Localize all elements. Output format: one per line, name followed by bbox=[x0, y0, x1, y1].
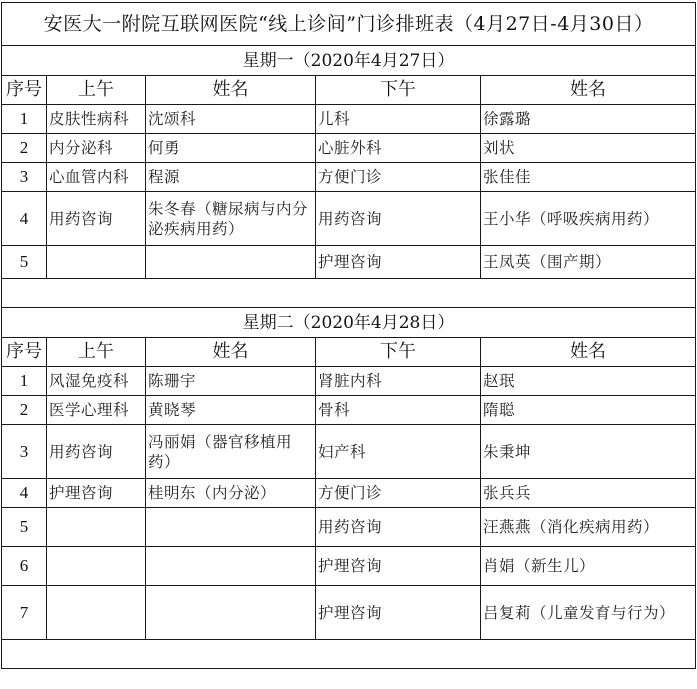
am-dept-cell bbox=[47, 246, 146, 279]
pm-dept-cell: 护理咨询 bbox=[316, 547, 481, 586]
pm-name-cell: 汪燕燕（消化疾病用药） bbox=[481, 508, 696, 547]
pm-dept-cell: 方便门诊 bbox=[316, 163, 481, 192]
col-header-am-name: 姓名 bbox=[146, 76, 316, 105]
col-header-pm: 下午 bbox=[316, 338, 481, 367]
pm-name-cell: 赵珉 bbox=[481, 367, 696, 396]
am-dept-cell: 皮肤性病科 bbox=[47, 105, 146, 134]
col-header-am: 上午 bbox=[47, 76, 146, 105]
seq-cell: 4 bbox=[2, 192, 47, 246]
am-name-cell bbox=[146, 547, 316, 586]
am-name-cell: 朱冬春（糖尿病与内分泌疾病用药） bbox=[146, 192, 316, 246]
seq-cell: 2 bbox=[2, 134, 47, 163]
seq-cell: 3 bbox=[2, 425, 47, 479]
seq-cell: 1 bbox=[2, 367, 47, 396]
column-header-row: 序号 上午 姓名 下午 姓名 bbox=[2, 338, 696, 367]
am-name-cell: 何勇 bbox=[146, 134, 316, 163]
seq-cell: 5 bbox=[2, 508, 47, 547]
pm-name-cell: 肖娟（新生儿） bbox=[481, 547, 696, 586]
am-dept-cell: 护理咨询 bbox=[47, 479, 146, 508]
am-dept-cell bbox=[47, 547, 146, 586]
table-row: 4 用药咨询 朱冬春（糖尿病与内分泌疾病用药） 用药咨询 王小华（呼吸疾病用药） bbox=[2, 192, 696, 246]
am-dept-cell: 心血管内科 bbox=[47, 163, 146, 192]
col-header-seq: 序号 bbox=[2, 338, 47, 367]
table-row: 1 皮肤性病科 沈颂科 儿科 徐露璐 bbox=[2, 105, 696, 134]
am-name-cell: 陈珊宇 bbox=[146, 367, 316, 396]
table-row: 6 护理咨询 肖娟（新生儿） bbox=[2, 547, 696, 586]
pm-dept-cell: 肾脏内科 bbox=[316, 367, 481, 396]
am-name-cell: 冯丽娟（器官移植用药） bbox=[146, 425, 316, 479]
spacer-row bbox=[2, 279, 696, 308]
am-dept-cell bbox=[47, 508, 146, 547]
day-heading-monday: 星期一（2020年4月27日） bbox=[2, 46, 696, 76]
table-row: 7 护理咨询 吕复莉（儿童发育与行为） bbox=[2, 586, 696, 640]
am-dept-cell: 医学心理科 bbox=[47, 396, 146, 425]
am-name-cell: 程源 bbox=[146, 163, 316, 192]
day-heading-tuesday: 星期二（2020年4月28日） bbox=[2, 308, 696, 338]
am-name-cell: 沈颂科 bbox=[146, 105, 316, 134]
pm-dept-cell: 用药咨询 bbox=[316, 508, 481, 547]
table-title: 安医大一附院互联网医院“线上诊间”门诊排班表（4月27日-4月30日） bbox=[2, 3, 696, 46]
pm-name-cell: 隋聪 bbox=[481, 396, 696, 425]
pm-name-cell: 徐露璐 bbox=[481, 105, 696, 134]
am-dept-cell bbox=[47, 586, 146, 640]
am-name-cell bbox=[146, 246, 316, 279]
col-header-pm-name: 姓名 bbox=[481, 76, 696, 105]
col-header-seq: 序号 bbox=[2, 76, 47, 105]
table-row: 5 护理咨询 王凤英（围产期） bbox=[2, 246, 696, 279]
table-row: 3 用药咨询 冯丽娟（器官移植用药） 妇产科 朱秉坤 bbox=[2, 425, 696, 479]
am-dept-cell: 用药咨询 bbox=[47, 425, 146, 479]
table-row: 1 风湿免疫科 陈珊宇 肾脏内科 赵珉 bbox=[2, 367, 696, 396]
seq-cell: 1 bbox=[2, 105, 47, 134]
table-row: 2 内分泌科 何勇 心脏外科 刘状 bbox=[2, 134, 696, 163]
schedule-table: 安医大一附院互联网医院“线上诊间”门诊排班表（4月27日-4月30日） 星期一（… bbox=[1, 2, 696, 669]
pm-dept-cell: 护理咨询 bbox=[316, 246, 481, 279]
am-dept-cell: 风湿免疫科 bbox=[47, 367, 146, 396]
pm-name-cell: 吕复莉（儿童发育与行为） bbox=[481, 586, 696, 640]
seq-cell: 5 bbox=[2, 246, 47, 279]
pm-name-cell: 张兵兵 bbox=[481, 479, 696, 508]
table-row: 5 用药咨询 汪燕燕（消化疾病用药） bbox=[2, 508, 696, 547]
pm-name-cell: 朱秉坤 bbox=[481, 425, 696, 479]
pm-name-cell: 张佳佳 bbox=[481, 163, 696, 192]
col-header-pm-name: 姓名 bbox=[481, 338, 696, 367]
spacer-row bbox=[2, 640, 696, 669]
am-name-cell bbox=[146, 508, 316, 547]
pm-dept-cell: 骨科 bbox=[316, 396, 481, 425]
seq-cell: 7 bbox=[2, 586, 47, 640]
table-row: 3 心血管内科 程源 方便门诊 张佳佳 bbox=[2, 163, 696, 192]
col-header-am: 上午 bbox=[47, 338, 146, 367]
pm-dept-cell: 心脏外科 bbox=[316, 134, 481, 163]
am-name-cell: 桂明东（内分泌） bbox=[146, 479, 316, 508]
col-header-pm: 下午 bbox=[316, 76, 481, 105]
am-dept-cell: 内分泌科 bbox=[47, 134, 146, 163]
am-dept-cell: 用药咨询 bbox=[47, 192, 146, 246]
table-row: 2 医学心理科 黄晓琴 骨科 隋聪 bbox=[2, 396, 696, 425]
pm-name-cell: 王小华（呼吸疾病用药） bbox=[481, 192, 696, 246]
seq-cell: 3 bbox=[2, 163, 47, 192]
am-name-cell: 黄晓琴 bbox=[146, 396, 316, 425]
pm-name-cell: 王凤英（围产期） bbox=[481, 246, 696, 279]
column-header-row: 序号 上午 姓名 下午 姓名 bbox=[2, 76, 696, 105]
col-header-am-name: 姓名 bbox=[146, 338, 316, 367]
pm-dept-cell: 护理咨询 bbox=[316, 586, 481, 640]
pm-dept-cell: 妇产科 bbox=[316, 425, 481, 479]
seq-cell: 4 bbox=[2, 479, 47, 508]
pm-dept-cell: 方便门诊 bbox=[316, 479, 481, 508]
pm-dept-cell: 儿科 bbox=[316, 105, 481, 134]
table-row: 4 护理咨询 桂明东（内分泌） 方便门诊 张兵兵 bbox=[2, 479, 696, 508]
am-name-cell bbox=[146, 586, 316, 640]
seq-cell: 2 bbox=[2, 396, 47, 425]
pm-dept-cell: 用药咨询 bbox=[316, 192, 481, 246]
seq-cell: 6 bbox=[2, 547, 47, 586]
pm-name-cell: 刘状 bbox=[481, 134, 696, 163]
